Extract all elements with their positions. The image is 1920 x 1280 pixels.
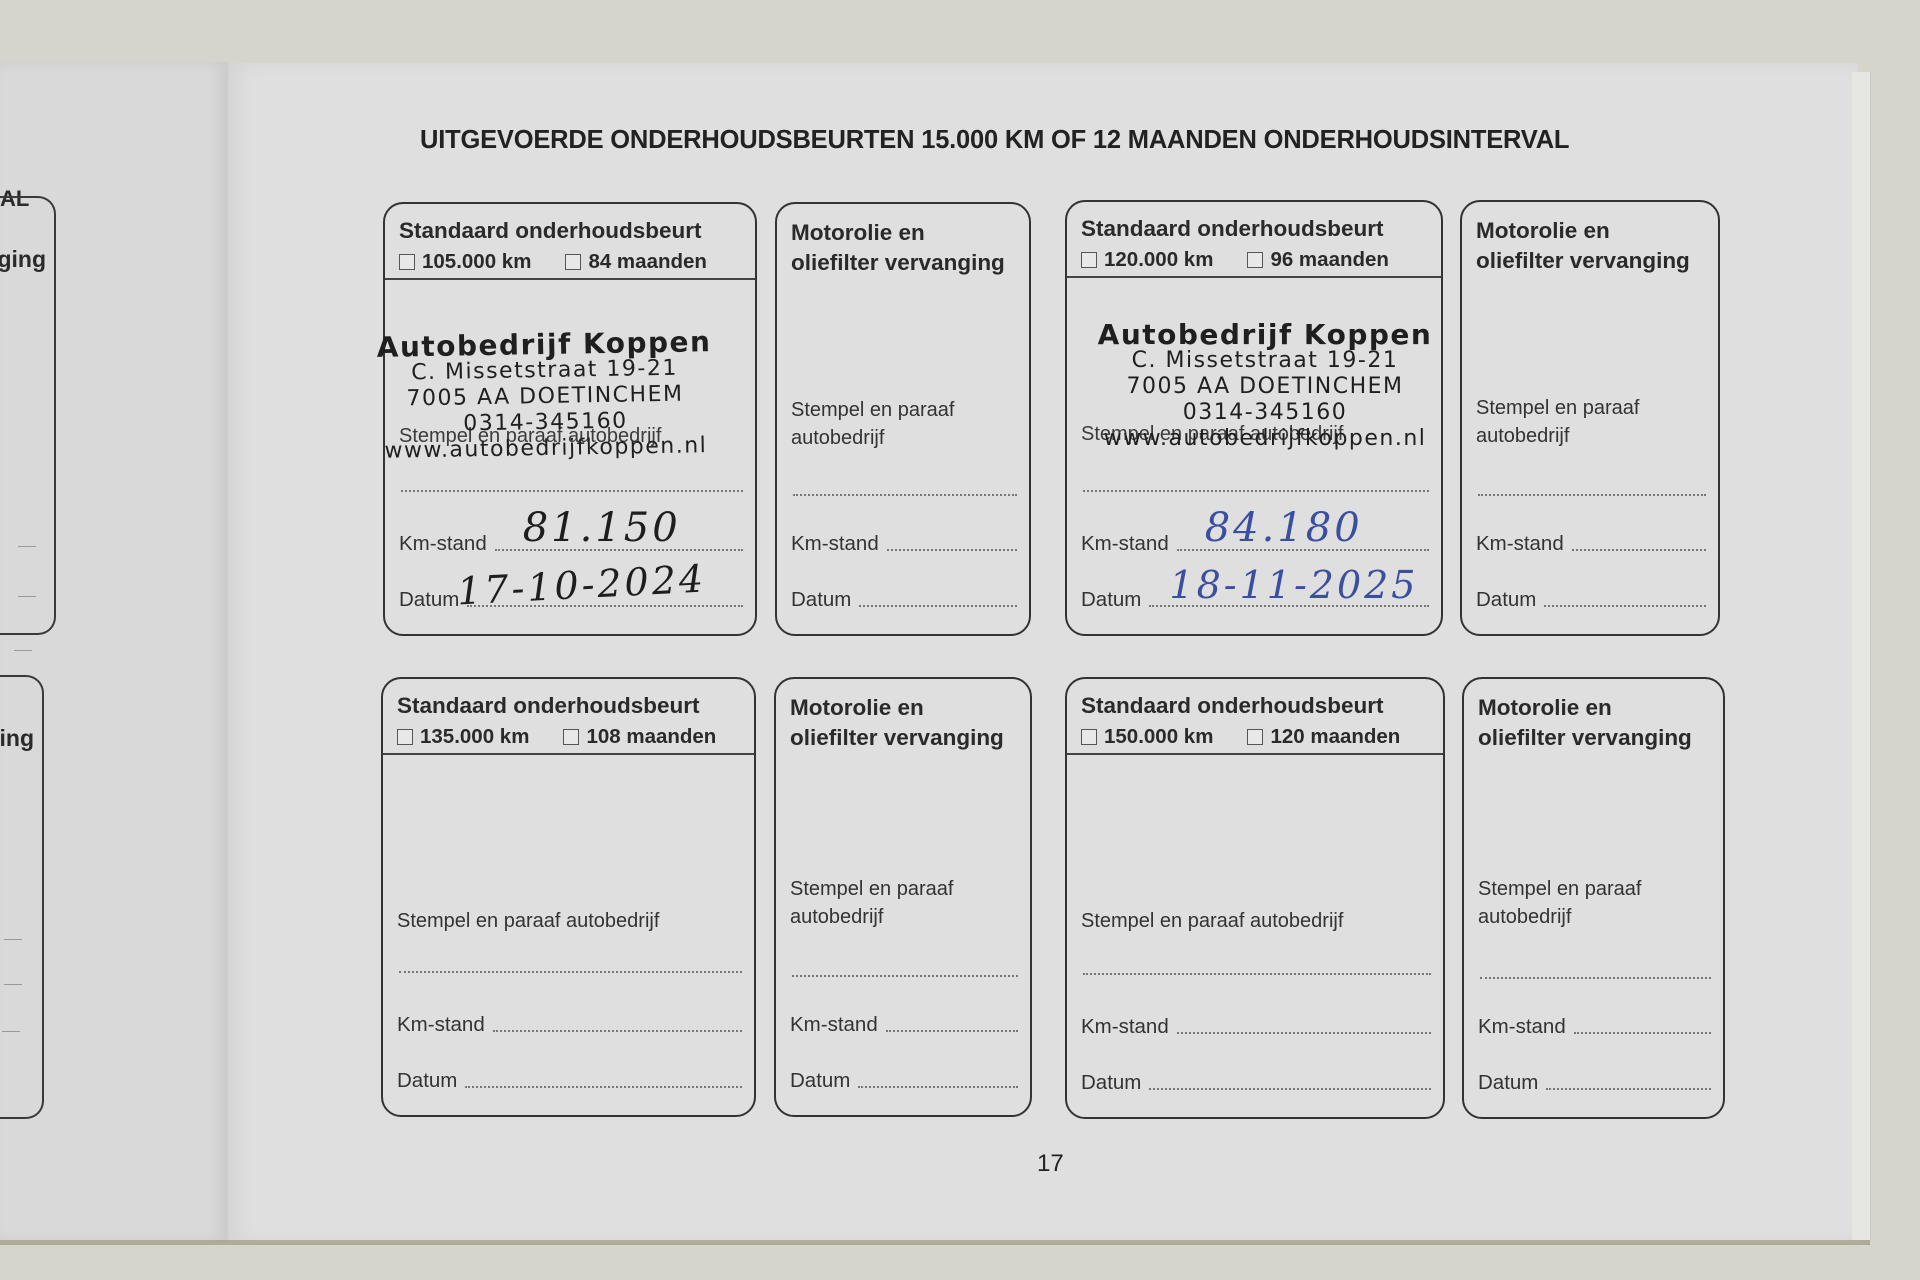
stamp-label-line1: Stempel en paraaf xyxy=(1476,397,1639,419)
date-field[interactable]: Datum xyxy=(1476,588,1706,612)
km-label: Km-stand xyxy=(399,532,487,556)
months-option-label: 96 maanden xyxy=(1270,248,1389,272)
months-option[interactable]: 96 maanden xyxy=(1247,248,1389,272)
km-input-line[interactable] xyxy=(1574,1030,1711,1034)
months-option[interactable]: 84 maanden xyxy=(565,250,707,274)
km-field[interactable]: Km-stand81.150 xyxy=(399,532,743,556)
box-title: Motorolie enoliefilter vervanging xyxy=(791,218,1005,278)
date-field[interactable]: Datum18-11-2025 xyxy=(1081,588,1429,612)
date-label: Datum xyxy=(791,588,851,612)
signature-line[interactable] xyxy=(1083,973,1431,975)
km-label: Km-stand xyxy=(790,1013,878,1037)
km-option-label: 120.000 km xyxy=(1104,248,1213,272)
stamp-label-line1: Stempel en paraaf xyxy=(790,878,953,900)
signature-line[interactable] xyxy=(1480,977,1711,979)
date-input-line[interactable] xyxy=(1546,1086,1711,1090)
date-input-line[interactable] xyxy=(858,1084,1018,1088)
km-field[interactable]: Km-stand xyxy=(397,1013,742,1037)
header-divider xyxy=(385,278,755,280)
stamp-city: 7005 AA DOETINCHEM xyxy=(1075,374,1455,400)
date-input-line[interactable] xyxy=(1149,1086,1431,1090)
stamp-label-line1: Stempel en paraaf xyxy=(791,399,954,421)
page-title: UITGEVOERDE ONDERHOUDSBEURTEN 15.000 KM … xyxy=(420,126,1682,155)
standard-service-box: Standaard onderhoudsbeurt 150.000 km 120… xyxy=(1065,677,1445,1119)
box-title-line2: oliefilter vervanging xyxy=(1478,725,1692,750)
left-page: AL ging ing xyxy=(0,62,228,1242)
left-box-title-fragment: ing xyxy=(0,725,34,752)
km-value: 81.150 xyxy=(523,505,681,551)
date-label: Datum xyxy=(1478,1071,1538,1095)
dotted-line xyxy=(4,939,22,940)
page-edges xyxy=(1852,72,1871,1240)
signature-line[interactable] xyxy=(1478,494,1706,496)
km-option[interactable]: 105.000 km xyxy=(399,250,531,274)
km-input-line[interactable] xyxy=(1572,547,1706,551)
checkbox-icon[interactable] xyxy=(1081,252,1097,268)
oil-change-box: Motorolie enoliefilter vervanging Stempe… xyxy=(775,202,1031,636)
km-field[interactable]: Km-stand xyxy=(1081,1015,1431,1039)
months-option-label: 84 maanden xyxy=(588,250,707,274)
interval-options: 120.000 km 96 maanden xyxy=(1081,248,1389,272)
dotted-line xyxy=(18,546,36,547)
date-label: Datum xyxy=(1081,588,1141,612)
km-input-line[interactable]: 84.180 xyxy=(1177,547,1429,551)
km-field[interactable]: Km-stand84.180 xyxy=(1081,532,1429,556)
header-divider xyxy=(383,753,754,755)
signature-line[interactable] xyxy=(401,490,743,492)
km-option-label: 105.000 km xyxy=(422,250,531,274)
box-title: Standaard onderhoudsbeurt xyxy=(399,218,702,244)
months-option-label: 120 maanden xyxy=(1270,725,1400,749)
date-label: Datum xyxy=(790,1069,850,1093)
checkbox-icon[interactable] xyxy=(1247,252,1263,268)
box-title-line2: oliefilter vervanging xyxy=(791,250,1005,275)
checkbox-icon[interactable] xyxy=(1081,729,1097,745)
checkbox-icon[interactable] xyxy=(563,729,579,745)
date-label: Datum xyxy=(399,588,459,612)
oil-change-box: Motorolie enoliefilter vervanging Stempe… xyxy=(1460,200,1720,636)
checkbox-icon[interactable] xyxy=(399,254,415,270)
dotted-line xyxy=(14,650,32,651)
signature-line[interactable] xyxy=(792,975,1018,977)
checkbox-icon[interactable] xyxy=(1247,729,1263,745)
date-input-line[interactable] xyxy=(465,1084,742,1088)
stamp-label-line2: autobedrijf xyxy=(790,906,883,928)
stamp-label-line2: autobedrijf xyxy=(1478,906,1571,928)
km-label: Km-stand xyxy=(791,532,879,556)
km-field[interactable]: Km-stand xyxy=(1476,532,1706,556)
left-page-box-bottom: ing xyxy=(0,675,44,1119)
date-input-line[interactable]: 18-11-2025 xyxy=(1149,603,1429,607)
date-field[interactable]: Datum xyxy=(1478,1071,1711,1095)
dotted-line xyxy=(18,596,36,597)
km-option[interactable]: 150.000 km xyxy=(1081,725,1213,749)
km-input-line[interactable] xyxy=(493,1028,742,1032)
signature-line[interactable] xyxy=(793,494,1017,496)
stamp-phone: 0314-345160 xyxy=(1075,400,1455,426)
km-label: Km-stand xyxy=(1081,532,1169,556)
months-option[interactable]: 108 maanden xyxy=(563,725,716,749)
km-value: 84.180 xyxy=(1205,505,1363,551)
km-label: Km-stand xyxy=(397,1013,485,1037)
left-box-title-fragment: ging xyxy=(0,246,46,273)
date-label: Datum xyxy=(397,1069,457,1093)
date-input-line[interactable] xyxy=(1544,603,1706,607)
km-label: Km-stand xyxy=(1476,532,1564,556)
book-bottom-edge xyxy=(0,1240,1870,1245)
oil-change-box: Motorolie enoliefilter vervanging Stempe… xyxy=(1462,677,1725,1119)
km-input-line[interactable] xyxy=(886,1028,1018,1032)
stamp-label: Stempel en paraafautobedrijf xyxy=(790,875,953,931)
stamp-company-name: Autobedrijf Koppen xyxy=(1075,322,1455,348)
interval-options: 135.000 km 108 maanden xyxy=(397,725,716,749)
checkbox-icon[interactable] xyxy=(565,254,581,270)
km-input-line[interactable]: 81.150 xyxy=(495,547,743,551)
km-option[interactable]: 135.000 km xyxy=(397,725,529,749)
km-label: Km-stand xyxy=(1478,1015,1566,1039)
date-input-line[interactable]: 17-10-2024 xyxy=(467,603,743,607)
box-title-line1: Motorolie en xyxy=(790,695,924,720)
standard-service-box: Standaard onderhoudsbeurt 135.000 km 108… xyxy=(381,677,756,1117)
date-label: Datum xyxy=(1476,588,1536,612)
dotted-line xyxy=(2,1031,20,1032)
km-option[interactable]: 120.000 km xyxy=(1081,248,1213,272)
stamp-label-line1: Stempel en paraaf xyxy=(1478,878,1641,900)
km-option-label: 150.000 km xyxy=(1104,725,1213,749)
km-input-line[interactable] xyxy=(1177,1030,1431,1034)
stamp-label-line2: autobedrijf xyxy=(1476,425,1569,447)
km-field[interactable]: Km-stand xyxy=(790,1013,1018,1037)
box-title: Standaard onderhoudsbeurt xyxy=(1081,693,1384,719)
km-label: Km-stand xyxy=(1081,1015,1169,1039)
box-title-line2: oliefilter vervanging xyxy=(1476,248,1690,273)
box-title: Motorolie enoliefilter vervanging xyxy=(1476,216,1690,276)
km-option-label: 135.000 km xyxy=(420,725,529,749)
dealer-stamp: Autobedrijf Koppen C. Missetstraat 19-21… xyxy=(1075,322,1455,452)
interval-options: 150.000 km 120 maanden xyxy=(1081,725,1400,749)
months-option[interactable]: 120 maanden xyxy=(1247,725,1400,749)
stamp-label: Stempel en paraafautobedrijf xyxy=(1476,394,1639,450)
box-title-line1: Motorolie en xyxy=(1476,218,1610,243)
stamp-label: Stempel en paraaf autobedrijf xyxy=(1081,907,1343,935)
stamp-label: Stempel en paraaf autobedrijf xyxy=(397,907,659,935)
stamp-label: Stempel en paraafautobedrijf xyxy=(791,396,954,452)
box-title: Motorolie enoliefilter vervanging xyxy=(1478,693,1692,753)
date-field[interactable]: Datum xyxy=(791,588,1017,612)
left-page-box-top: ging xyxy=(0,196,56,635)
checkbox-icon[interactable] xyxy=(397,729,413,745)
interval-options: 105.000 km 84 maanden xyxy=(399,250,707,274)
date-field[interactable]: Datum17-10-2024 xyxy=(399,588,743,612)
stamp-label-line2: autobedrijf xyxy=(791,427,884,449)
date-value: 17-10-2024 xyxy=(456,557,707,614)
km-input-line[interactable] xyxy=(887,547,1017,551)
date-input-line[interactable] xyxy=(859,603,1017,607)
page-number: 17 xyxy=(1037,1150,1064,1178)
box-title: Motorolie enoliefilter vervanging xyxy=(790,693,1004,753)
stamp-street: C. Missetstraat 19-21 xyxy=(1075,348,1455,374)
dealer-stamp: Autobedrijf Koppen C. Missetstraat 19-21… xyxy=(354,329,736,466)
dotted-line xyxy=(4,984,22,985)
date-label: Datum xyxy=(1081,1071,1141,1095)
stamp-website: www.autobedrijfkoppen.nl xyxy=(1075,426,1455,452)
km-field[interactable]: Km-stand xyxy=(791,532,1017,556)
stamp-label: Stempel en paraafautobedrijf xyxy=(1478,875,1641,931)
box-title-line1: Motorolie en xyxy=(1478,695,1612,720)
box-title-line2: oliefilter vervanging xyxy=(790,725,1004,750)
box-title-line1: Motorolie en xyxy=(791,220,925,245)
header-divider xyxy=(1067,753,1443,755)
date-field[interactable]: Datum xyxy=(790,1069,1018,1093)
signature-line[interactable] xyxy=(1083,490,1429,492)
months-option-label: 108 maanden xyxy=(586,725,716,749)
signature-line[interactable] xyxy=(399,971,742,973)
date-field[interactable]: Datum xyxy=(397,1069,742,1093)
header-divider xyxy=(1067,276,1441,278)
box-title: Standaard onderhoudsbeurt xyxy=(397,693,700,719)
date-value: 18-11-2025 xyxy=(1169,563,1418,607)
box-title: Standaard onderhoudsbeurt xyxy=(1081,216,1384,242)
oil-change-box: Motorolie enoliefilter vervanging Stempe… xyxy=(774,677,1032,1117)
km-field[interactable]: Km-stand xyxy=(1478,1015,1711,1039)
date-field[interactable]: Datum xyxy=(1081,1071,1431,1095)
